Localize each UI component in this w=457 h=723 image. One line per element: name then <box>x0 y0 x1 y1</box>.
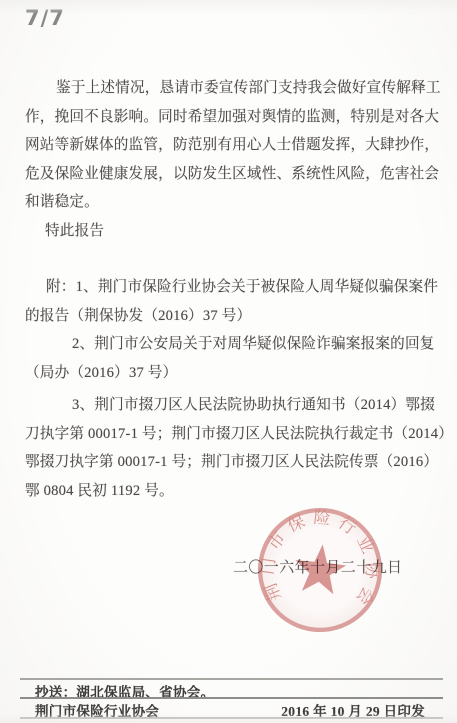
attachment-line: 附：1、荆门市保险行业协会关于被保险人周华疑似骗保案件 <box>25 273 437 302</box>
attachment-line: 刀执字第 00017-1 号；荆门市掇刀区人民法院执行裁定书（2014） <box>25 420 437 449</box>
attachment-line: 2、荆门市公安局关于对周华疑似保险诈骗案报案的回复 <box>25 330 437 359</box>
official-seal: 荆门市保险行业协会 <box>250 500 391 641</box>
attachment-line: 鄂掇刀执字第 00017-1 号；荆门市掇刀区人民法院传票（2016） <box>25 448 437 477</box>
paragraph-line: 和谐稳定。 <box>25 188 437 217</box>
footer-divider-top <box>20 678 443 680</box>
attachment-line: 的报告（荆保协发（2016）37 号） <box>25 302 437 331</box>
attachment-line: 鄂 0804 民初 1192 号。 <box>25 477 437 506</box>
report-closing-line: 特此报告 <box>25 217 437 246</box>
attachment-line: （局办（2016）37 号） <box>25 359 437 388</box>
main-paragraph: 鉴于上述情况，恳请市委宣传部门支持我会做好宣传解释工 作，挽回不良影响。同时希望… <box>25 74 437 245</box>
footer-divider-bottom <box>20 717 443 719</box>
footer-divider-middle <box>20 697 443 699</box>
page-number: 7/7 <box>25 6 65 30</box>
paragraph-line: 鉴于上述情况，恳请市委宣传部门支持我会做好宣传解释工 <box>25 74 437 103</box>
scanned-document-page: 7/7 鉴于上述情况，恳请市委宣传部门支持我会做好宣传解释工 作，挽回不良影响。… <box>0 0 457 723</box>
attachment-line: 3、荆门市掇刀区人民法院协助执行通知书（2014）鄂掇 <box>25 391 437 420</box>
paragraph-line: 网站等新媒体的监管，防范别有用心人士借题发挥，大肆抄作， <box>25 131 437 160</box>
paragraph-line: 作，挽回不良影响。同时希望加强对舆情的监测，特别是对各大 <box>25 103 437 132</box>
paragraph-line: 危及保险业健康发展，以防发生区域性、系统性风险，危害社会 <box>25 160 437 189</box>
attachment-list: 附：1、荆门市保险行业协会关于被保险人周华疑似骗保案件 的报告（荆保协发（201… <box>25 273 437 505</box>
